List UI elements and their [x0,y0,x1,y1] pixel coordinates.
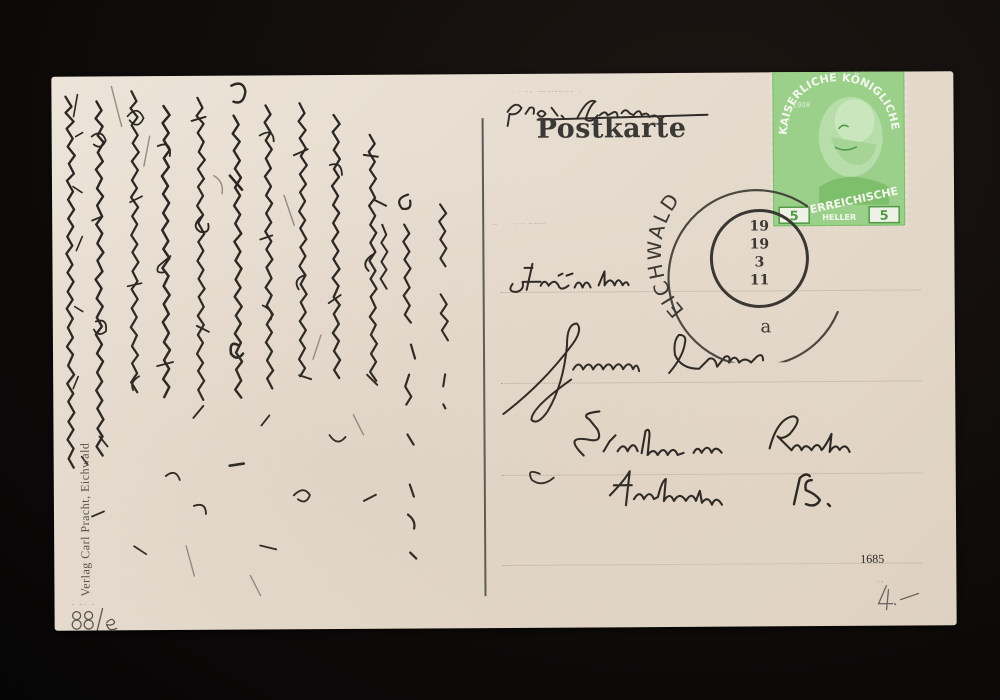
handwritten-message: Eichwald, den 18.10.1911 Liebe Freundin! [51,74,484,631]
photo-background: Eichwald, den 18.10.1911 Liebe Freundin! [0,0,1000,700]
publisher-imprint: Verlag Carl Pracht, Eichwald [77,326,97,596]
svg-text:4.—: 4.— [872,581,901,585]
svg-text:a: a [760,316,771,337]
postcard: Eichwald, den 18.10.1911 Liebe Freundin! [51,71,956,630]
pencil-price: 4.— [872,581,932,611]
eichwald-postmark: EICHWALD 19 19 3 11 a [647,162,858,363]
svg-text:5: 5 [880,209,889,224]
svg-text:1908: 1908 [792,101,810,109]
postkarte-heading: Postkarte [537,113,687,145]
svg-text:88/e: 88/e [69,604,97,608]
svg-text:19: 19 [750,236,770,252]
svg-text:Prof. Laahsen: Prof. Laahsen [501,90,590,96]
svg-text:11: 11 [750,272,770,288]
script-strokes [51,74,484,631]
svg-text:3: 3 [755,254,765,270]
address-line-4 [502,562,922,566]
pencil-catalog-number: 88/e [69,604,129,630]
svg-text:EICHWALD: EICHWALD [647,187,689,322]
card-serial-number: 1685 [860,552,884,567]
svg-text:Fräulein: Fräulein [492,221,545,228]
svg-text:19: 19 [749,218,769,234]
